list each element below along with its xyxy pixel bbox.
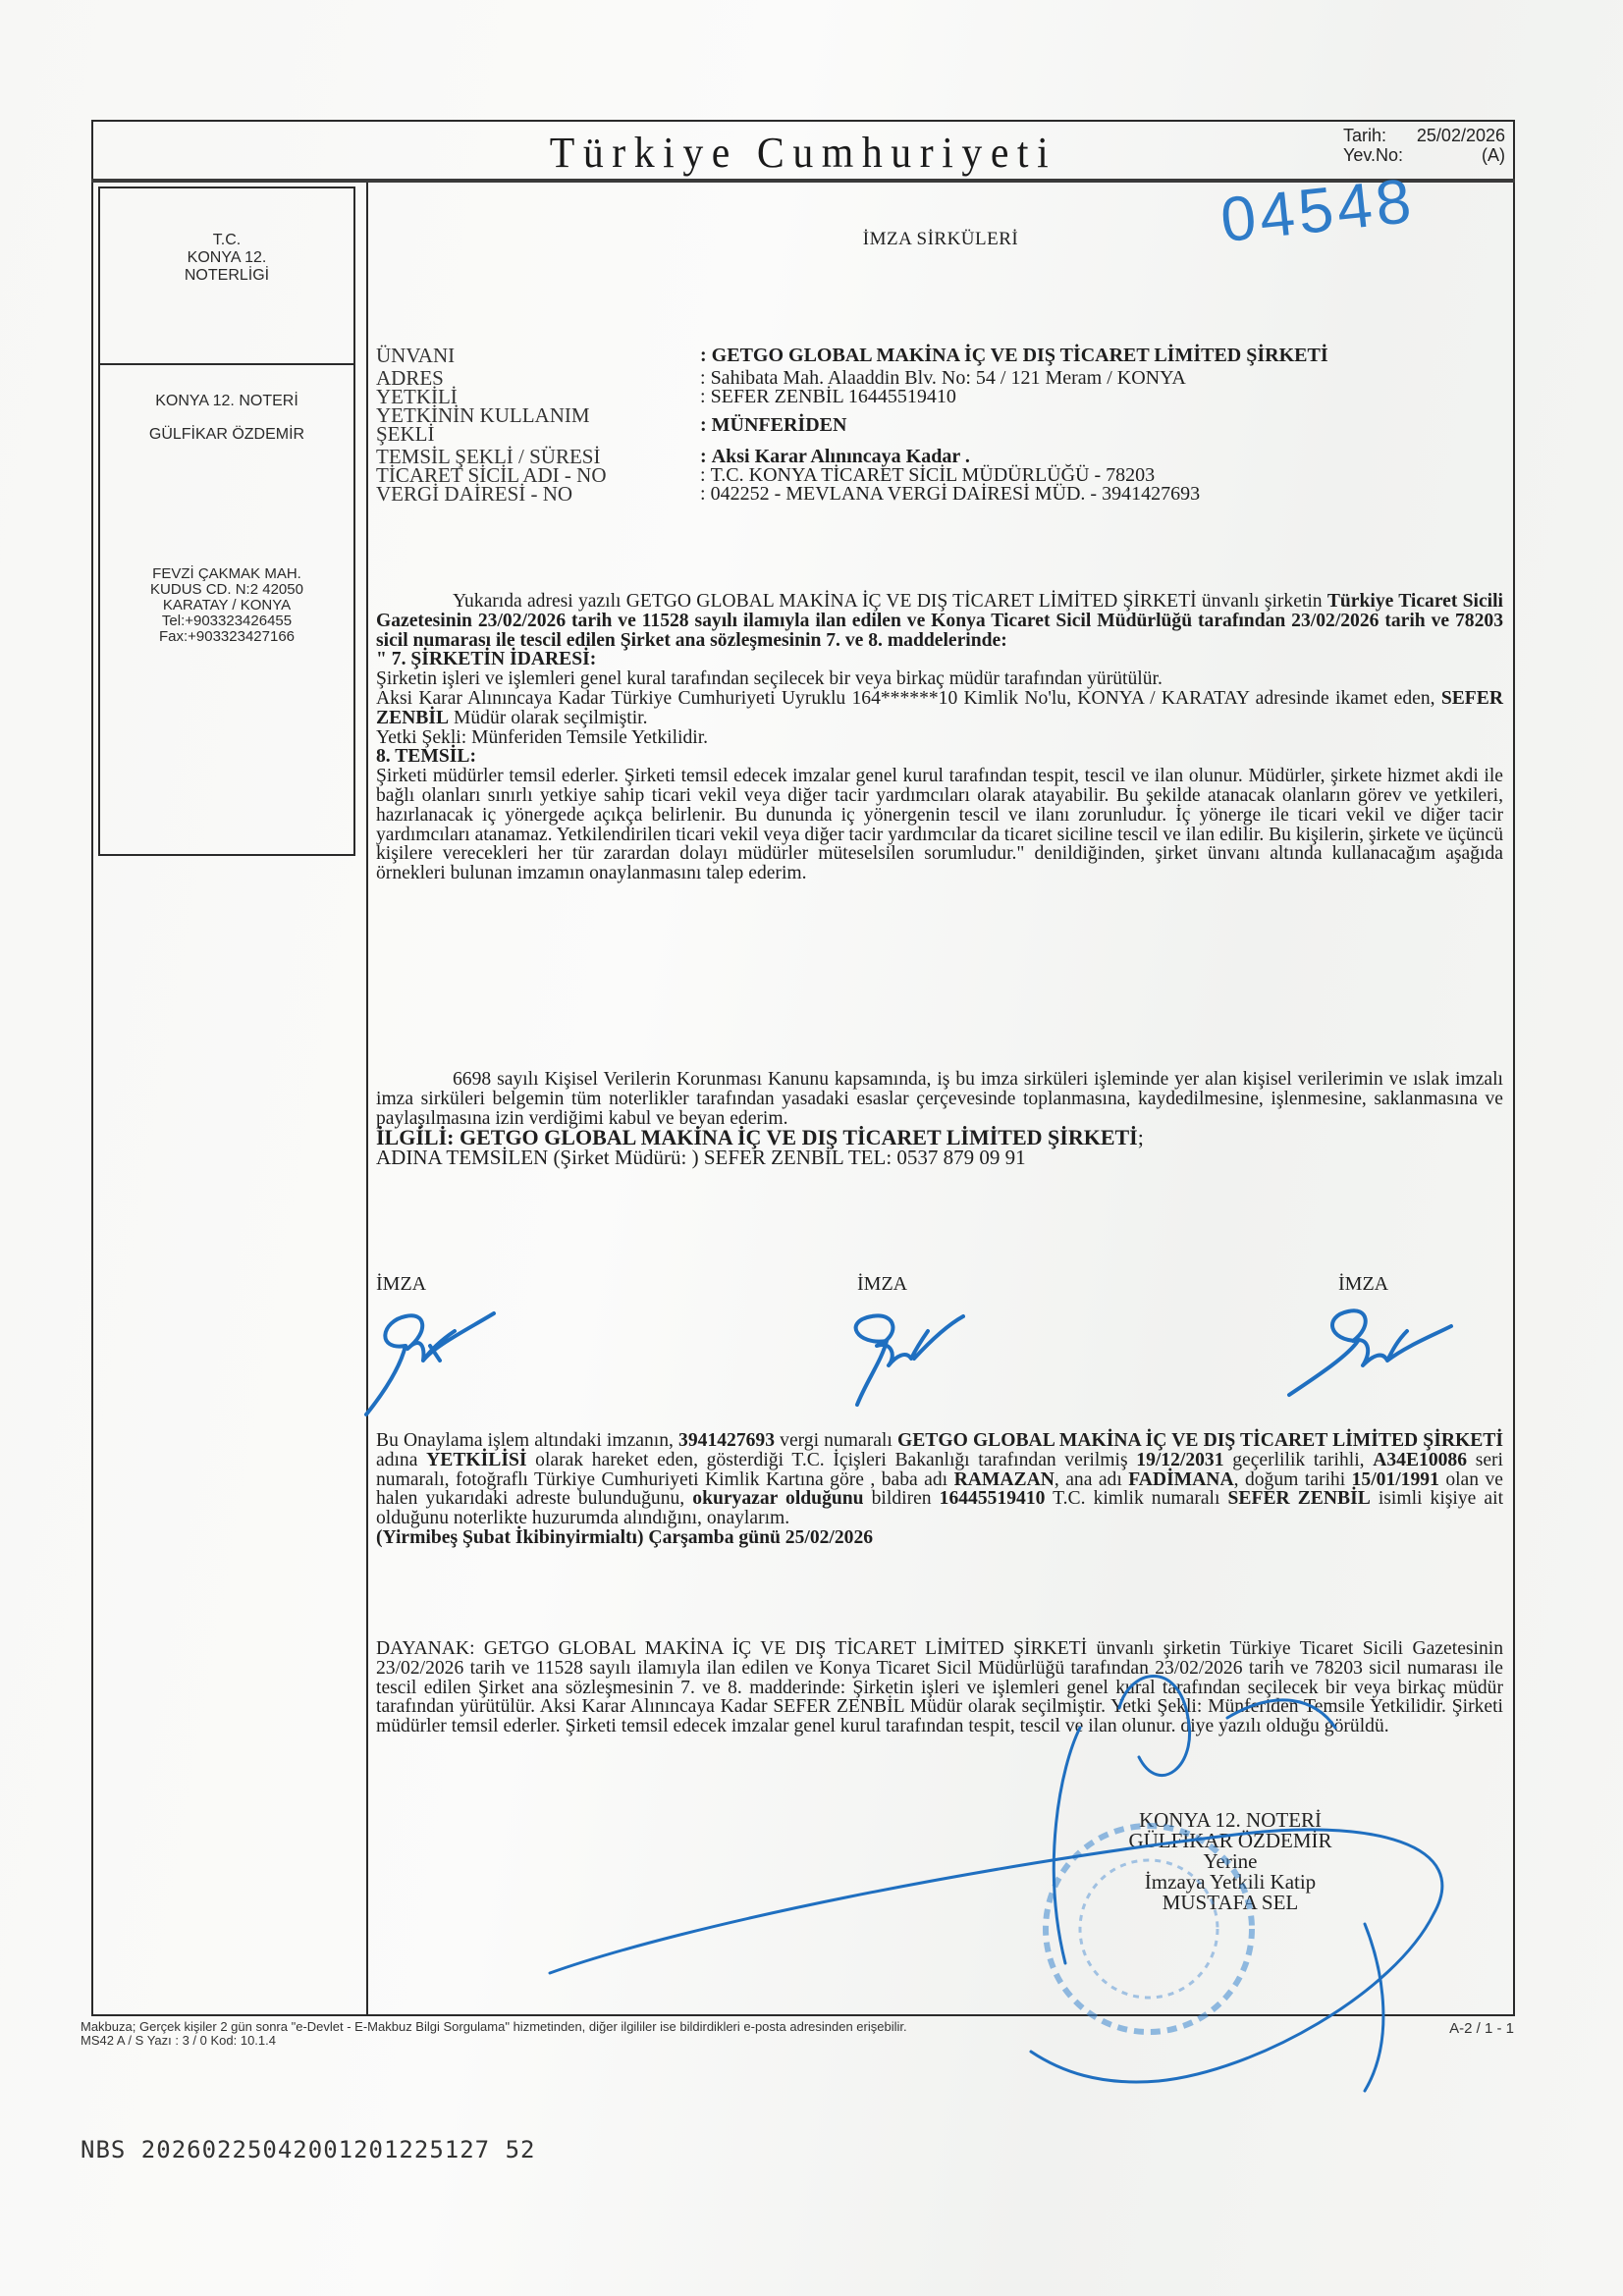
form-code: MS42 A / S Yazı : 3 / 0 Kod: 10.1.4 <box>81 2034 1524 2048</box>
footer: Makbuza; Gerçek kişiler 2 gün sonra "e-D… <box>81 2020 1524 2048</box>
receipt-note: Makbuza; Gerçek kişiler 2 gün sonra "e-D… <box>81 2020 1524 2034</box>
nbs-number: NBS 20260225042001201225127 52 <box>81 2136 535 2163</box>
notary-stamp-and-signature-icon <box>0 0 1623 2296</box>
page-code: A-2 / 1 - 1 <box>1449 2022 1514 2036</box>
